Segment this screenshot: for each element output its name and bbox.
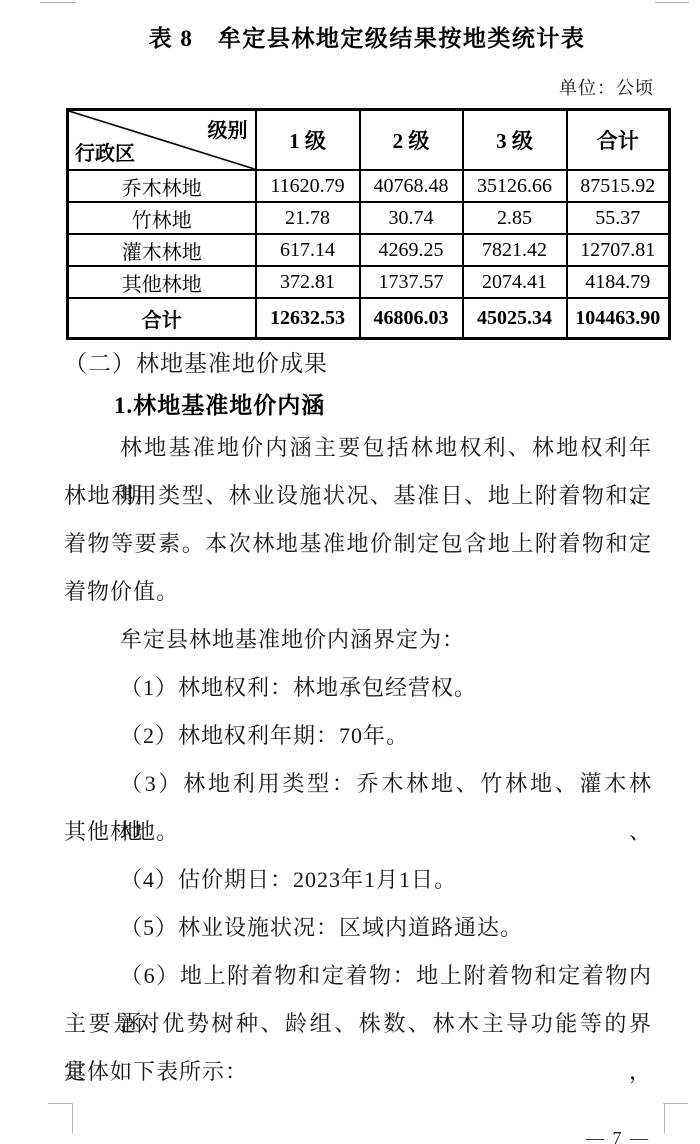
land-grade-statistics-table: 级别 行政区 1 级 2 级 3 级 合计 乔木林地 11620.79 4076… [66,108,671,340]
column-header-grade2: 2 级 [360,110,463,171]
body-line: 主要是对优势树种、龄组、株数、林木主导功能等的界定， [64,1000,652,1048]
table-caption: 表 8 牟定县林地定级结果按地类统计表 [66,20,668,53]
body-line: 着物价值。 [64,568,652,616]
header-grade-label: 级别 [208,114,248,143]
body-line: 着物等要素。本次林地基准地价制定包含地上附着物和定 [64,520,652,568]
table-cell: 4184.79 [567,266,670,298]
body-line: （6）地上附着物和定着物：地上附着物和定着物内涵 [64,952,652,1000]
table-cell: 2.85 [463,202,567,234]
table-total-row: 合计 12632.53 46806.03 45025.34 104463.90 [68,298,670,339]
table-cell: 40768.48 [360,170,463,202]
table-cell: 30.74 [360,202,463,234]
table-cell: 12632.53 [256,298,360,339]
table-cell: 87515.92 [567,170,670,202]
table-cell: 46806.03 [360,298,463,339]
column-header-total: 合计 [567,110,670,171]
table-row: 灌木林地 617.14 4269.25 7821.42 12707.81 [68,234,670,266]
total-row-label: 合计 [68,298,256,339]
table-cell: 372.81 [256,266,360,298]
table-cell: 4269.25 [360,234,463,266]
body-line: 林地基准地价内涵主要包括林地权利、林地权利年期、 [64,424,652,472]
table-header-row: 级别 行政区 1 级 2 级 3 级 合计 [68,110,670,171]
row-label: 灌木林地 [68,234,256,266]
body-line: 林地利用类型、林业设施状况、基准日、地上附着物和定 [64,472,652,520]
body-line: （1）林地权利：林地承包经营权。 [64,664,652,712]
table-row: 乔木林地 11620.79 40768.48 35126.66 87515.92 [68,170,670,202]
section-heading: （二）林地基准地价成果 [64,346,652,382]
diagonal-header-cell: 级别 行政区 [68,110,256,171]
unit-label: 单位：公顷 [559,74,654,100]
body-line: （5）林业设施状况：区域内道路通达。 [64,904,652,952]
page-number: — 7 — [586,1128,650,1144]
column-header-grade3: 3 级 [463,110,567,171]
crop-mark-top-right [655,2,689,3]
table-cell: 104463.90 [567,298,670,339]
table-cell: 617.14 [256,234,360,266]
table-cell: 55.37 [567,202,670,234]
row-label: 乔木林地 [68,170,256,202]
body-text: 林地基准地价内涵主要包括林地权利、林地权利年期、 林地利用类型、林业设施状况、基… [64,424,652,1096]
row-label: 竹林地 [68,202,256,234]
table-cell: 1737.57 [360,266,463,298]
table-row: 竹林地 21.78 30.74 2.85 55.37 [68,202,670,234]
table-cell: 7821.42 [463,234,567,266]
sub-heading: 1.林地基准地价内涵 [64,388,652,424]
table-cell: 11620.79 [256,170,360,202]
document-page: 表 8 牟定县林地定级结果按地类统计表 单位：公顷 级别 行政区 1 级 2 级… [0,0,700,1144]
crop-mark-bottom-left [72,1103,73,1133]
table-cell: 2074.41 [463,266,567,298]
crop-mark-bottom-right [663,1103,688,1104]
body-line: （3）林地利用类型：乔木林地、竹林地、灌木林地、 [64,760,652,808]
table-row: 其他林地 372.81 1737.57 2074.41 4184.79 [68,266,670,298]
crop-mark-bottom-left [48,1103,73,1104]
crop-mark-top-left [40,2,76,3]
crop-mark-bottom-right [664,1103,665,1133]
body-line: 牟定县林地基准地价内涵界定为： [64,616,652,664]
body-line: （4）估价期日：2023年1月1日。 [64,856,652,904]
body-line: （2）林地权利年期：70年。 [64,712,652,760]
table-cell: 12707.81 [567,234,670,266]
header-region-label: 行政区 [75,137,135,166]
table-cell: 21.78 [256,202,360,234]
column-header-grade1: 1 级 [256,110,360,171]
table-cell: 45025.34 [463,298,567,339]
row-label: 其他林地 [68,266,256,298]
table-cell: 35126.66 [463,170,567,202]
